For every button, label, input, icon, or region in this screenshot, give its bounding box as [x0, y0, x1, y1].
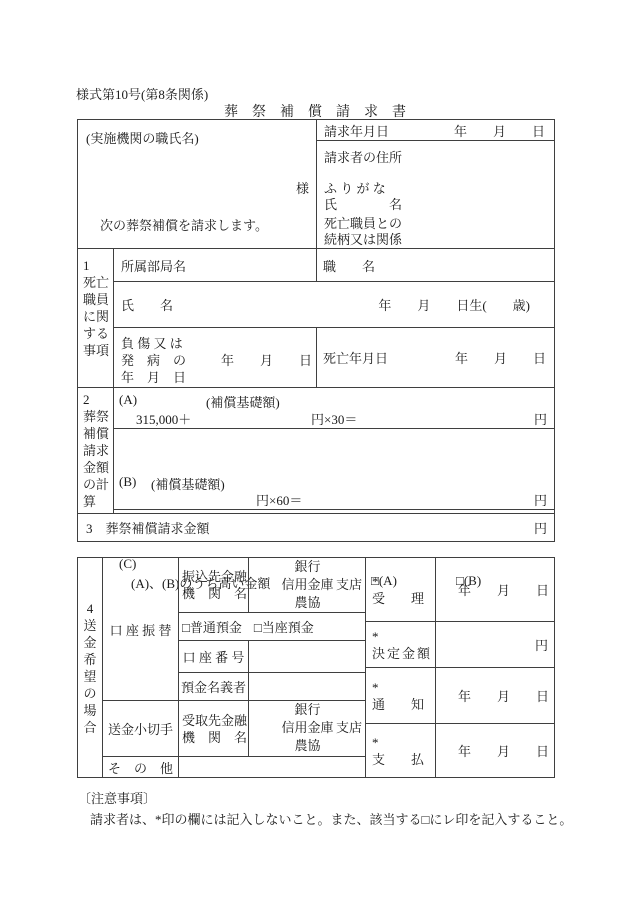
agency-name-label: (実施機関の職氏名) [86, 128, 199, 147]
payment-label: 支 払 [372, 751, 424, 768]
notice-label-cell: * 通 知 [366, 668, 436, 723]
remittance-left-part: 4 送金希望の場合 口 座 振 替 送金小切手 そ の 他 [78, 558, 366, 777]
section4-heading: 送金希望の場合 [82, 617, 98, 736]
decision-label: 決定金額 [372, 645, 432, 662]
section4-number: 4 [87, 600, 94, 617]
claimant-address-label: 請求者の住所 [324, 147, 402, 166]
deceased-name-label: 氏 名 [121, 295, 173, 314]
notice-row: * 通 知 年 月 日 [366, 668, 554, 724]
account-number-row: 口 座 番 号 [179, 641, 366, 673]
section1-heading: 死亡職員に関する事項 [83, 274, 111, 359]
injury-label-line3: 年 月 日 [121, 367, 186, 386]
ordinary-deposit-checkbox[interactable]: □普通預金 [182, 617, 242, 636]
relation-label-line2: 続柄又は関係 [324, 229, 402, 248]
death-date-label: 死亡年月日 [323, 348, 388, 367]
row-b-yen-unit: 円 [534, 490, 547, 509]
row-a-yen-unit: 円 [534, 409, 547, 428]
bank-type-line1: 銀行 [249, 558, 366, 576]
office-use-part: * 受 理 年 月 日 * 決定金額 円 * [366, 558, 554, 777]
account-number-label: 口 座 番 号 [183, 647, 245, 666]
payment-date-field: 年 月 日 [436, 724, 554, 777]
birthdate-field: 年 月 日生( 歳) [378, 295, 530, 314]
notice-label: 通 知 [372, 696, 424, 713]
bank-type-line1: 銀行 [249, 701, 366, 719]
section3-yen-unit: 円 [534, 518, 547, 537]
claim-statement: 次の葬祭補償を請求します。 [100, 215, 268, 234]
decision-label-cell: * 決定金額 [366, 622, 436, 667]
notice-mark: * [372, 679, 379, 696]
claim-main-table: (実施機関の職氏名) 様 次の葬祭補償を請求します。 請求年月日 年 月 日 請… [77, 119, 555, 542]
dest-bank-label-cell: 振込先金融 機 関 名 [179, 558, 249, 612]
row-a-base-label: (補償基礎額) [206, 392, 280, 411]
injury-date-cell: 負 傷 又 は 発 病 の 年 月 日 年 月 日 [114, 328, 317, 387]
section2-heading: 葬祭補償請求金額の計算 [83, 408, 111, 510]
department-cell: 所属部局名 [114, 249, 317, 281]
section1-row-dates: 負 傷 又 は 発 病 の 年 月 日 年 月 日 死亡年月日 年 月 日 [114, 328, 554, 387]
receipt-date-field: 年 月 日 [436, 558, 554, 621]
row-b-formula: 円×60＝ [256, 490, 302, 509]
section4-heading-cell: 4 送金希望の場合 [78, 558, 103, 777]
dest-bank-label-line2: 機 関 名 [182, 585, 247, 602]
funeral-compensation-claim-form: 様式第10号(第8条関係) 葬 祭 補 償 請 求 書 (実施機関の職氏名) 様… [0, 0, 630, 903]
receipt-label: 受 理 [372, 590, 424, 607]
receipt-mark: * [372, 573, 379, 590]
recv-bank-row: 受取先金融 機 関 名 銀行 信用金庫 農協 支店 [179, 701, 366, 757]
dest-bank-row: 振込先金融 機 関 名 銀行 信用金庫 農協 支店 [179, 558, 366, 613]
bank-type-line3: 農協 [249, 737, 366, 755]
recv-bank-label-line1: 受取先金融 [182, 712, 247, 729]
row-a-tag: (A) [119, 392, 137, 408]
other-field[interactable] [179, 757, 366, 777]
receipt-label-cell: * 受 理 [366, 558, 436, 621]
section2-number: 2 [83, 391, 113, 408]
claim-date-row: 請求年月日 年 月 日 [317, 120, 554, 141]
row-b-tag: (B) [119, 474, 136, 490]
account-number-field[interactable] [249, 641, 366, 672]
row-b-base-label: (補償基礎額) [151, 474, 225, 493]
payment-mark: * [372, 734, 379, 751]
dest-bank-label-line1: 振込先金融 [182, 568, 247, 585]
row-b: (B) (補償基礎額) 円×60＝ 円 [114, 470, 554, 510]
current-deposit-checkbox[interactable]: □当座預金 [254, 617, 314, 636]
dest-bank-type-cell: 銀行 信用金庫 農協 支店 [249, 558, 366, 612]
payment-label-cell: * 支 払 [366, 724, 436, 777]
form-title: 葬 祭 補 償 請 求 書 [0, 101, 630, 121]
section1-deceased-info: 1 死亡職員に関する事項 所属部局名 職 名 氏 名 年 月 日生( 歳) [78, 249, 554, 388]
bank-type-line3: 農協 [249, 594, 366, 612]
job-title-label: 職 名 [323, 256, 375, 275]
department-label: 所属部局名 [121, 256, 186, 275]
other-method-label: そ の 他 [108, 758, 173, 777]
injury-date-field: 年 月 日 [221, 350, 312, 369]
job-title-cell: 職 名 [317, 249, 554, 281]
remittance-table: 4 送金希望の場合 口 座 振 替 送金小切手 そ の 他 [77, 557, 555, 778]
addressee-cell: (実施機関の職氏名) 様 次の葬祭補償を請求します。 [78, 120, 317, 249]
dest-branch-label: 支店 [336, 576, 362, 594]
death-date-field: 年 月 日 [455, 348, 546, 367]
claim-date-label: 請求年月日 [324, 121, 389, 140]
receipt-date-blank: 年 月 日 [458, 580, 549, 599]
other-method-cell: そ の 他 [103, 757, 179, 777]
row-a-amount: 315,000＋ [136, 409, 191, 428]
account-holder-field[interactable] [249, 673, 366, 700]
row-a: (A) (補償基礎額) 315,000＋ 円×30＝ 円 [114, 388, 554, 429]
claim-date-field: 年 月 日 [454, 121, 545, 140]
section1-row-department: 所属部局名 職 名 [114, 249, 554, 282]
recv-bank-type-cell: 銀行 信用金庫 農協 支店 [249, 701, 366, 756]
notes-heading: 〔注意事項〕 [78, 788, 156, 807]
section1-number: 1 [83, 257, 113, 274]
section3-label: 3 葬祭補償請求金額 [86, 518, 210, 537]
decision-yen-unit: 円 [535, 635, 548, 654]
decision-mark: * [372, 628, 379, 645]
section2-heading-cell: 2 葬祭補償請求金額の計算 [78, 388, 114, 513]
recv-bank-label-line2: 機 関 名 [182, 729, 247, 746]
honorific-sama: 様 [296, 178, 309, 197]
decision-row: * 決定金額 円 [366, 622, 554, 668]
notice-date-blank: 年 月 日 [458, 686, 549, 705]
account-holder-label-cell: 預金名義者 [179, 673, 249, 700]
section1-heading-cell: 1 死亡職員に関する事項 [78, 249, 114, 387]
death-date-cell: 死亡年月日 年 月 日 [317, 328, 554, 387]
account-holder-row: 預金名義者 [179, 673, 366, 701]
claimant-name-label: 氏 名 [324, 194, 402, 213]
receipt-row: * 受 理 年 月 日 [366, 558, 554, 622]
section3-total-row: 3 葬祭補償請求金額 円 [78, 514, 554, 541]
account-number-label-cell: 口 座 番 号 [179, 641, 249, 672]
account-transfer-cell: 口 座 振 替 [103, 558, 179, 701]
remittance-check-label: 送金小切手 [108, 719, 173, 738]
detail-area: 振込先金融 機 関 名 銀行 信用金庫 農協 支店 □普通預金 □当座預金 [179, 558, 366, 777]
deposit-type-row: □普通預金 □当座預金 [179, 613, 366, 641]
account-transfer-label: 口 座 振 替 [110, 620, 172, 639]
notes-body: 請求者は、*印の欄には記入しないこと。また、該当する□にレ印を記入すること。 [90, 809, 572, 828]
method-column: 口 座 振 替 送金小切手 そ の 他 [103, 558, 179, 777]
row-a-formula: 円×30＝ [311, 409, 357, 428]
payment-row: * 支 払 年 月 日 [366, 724, 554, 777]
section2-calculation: 2 葬祭補償請求金額の計算 (A) (補償基礎額) 315,000＋ 円×30＝… [78, 388, 554, 514]
recv-branch-label: 支店 [336, 719, 362, 737]
decision-amount-field: 円 [436, 622, 554, 667]
remittance-check-cell: 送金小切手 [103, 701, 179, 757]
payment-date-blank: 年 月 日 [458, 741, 549, 760]
section1-row-name: 氏 名 年 月 日生( 歳) [114, 282, 554, 328]
claimant-info-cell: 請求年月日 年 月 日 請求者の住所 ふ り が な 氏 名 死亡職員との 続柄… [317, 120, 554, 249]
recv-bank-label-cell: 受取先金融 機 関 名 [179, 701, 249, 756]
notice-date-field: 年 月 日 [436, 668, 554, 723]
account-holder-label: 預金名義者 [181, 677, 246, 696]
